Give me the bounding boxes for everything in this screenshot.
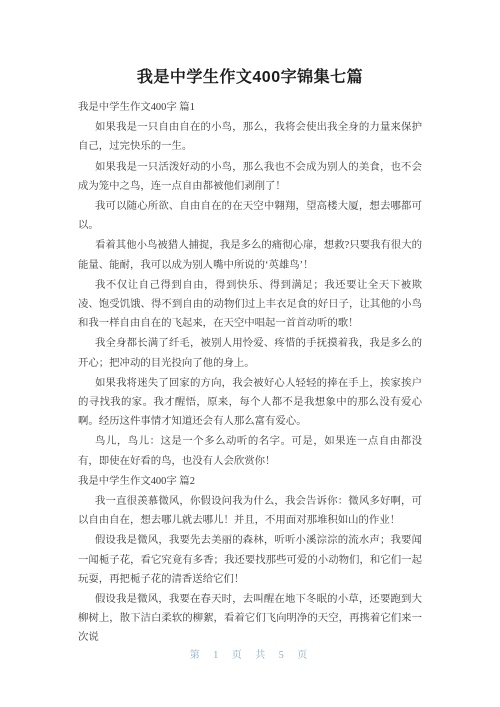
paragraph: 如果我是一只活泼好动的小鸟，那么我也不会成为别人的美食，也不会成为笼中之鸟，连一…: [78, 158, 422, 196]
paragraph: 如果我将迷失了回家的方向，我会被好心人轻轻的捧在手上，挨家挨户的寻找我的家。我才…: [78, 374, 422, 432]
paragraph: 我不仅让自己得到自由，得到快乐、得到满足；我还要让全天下被欺凌、饱受饥饿、得不到…: [78, 276, 422, 334]
paragraph: 鸟儿，鸟儿：这是一个多么动听的名字。可是，如果连一点自由都没有，即使在好看的鸟，…: [78, 432, 422, 470]
paragraph: 看着其他小鸟被猎人捕捉，我是多么的痛彻心扉，想救?只要我有很大的能量、能耐，我可…: [78, 236, 422, 274]
document-title: 我是中学生作文400字锦集七篇: [0, 0, 500, 88]
paragraph: 假设我是微风，我要在春天时，去叫醒在地下冬眠的小草，还要跑到大柳树上，散下洁白柔…: [78, 590, 422, 648]
section-heading: 我是中学生作文400字 篇2: [78, 472, 422, 491]
paragraph: 我可以随心所欲、自由自在的在天空中翱翔，望高楼大厦，想去哪都可以。: [78, 197, 422, 235]
paragraph: 如果我是一只自由自在的小鸟，那么，我将会使出我全身的力量来保护自己，过完快乐的一…: [78, 118, 422, 156]
section-heading: 我是中学生作文400字 篇1: [78, 98, 422, 117]
document-page: 我是中学生作文400字锦集七篇 我是中学生作文400字 篇1如果我是一只自由自在…: [0, 0, 500, 707]
paragraph: 假设我是微风，我要先去美丽的森林，听听小溪淙淙的流水声；我要闻一闻栀子花，看它究…: [78, 531, 422, 589]
page-footer: 第 1 页 共 5 页: [0, 646, 500, 661]
document-body: 我是中学生作文400字 篇1如果我是一只自由自在的小鸟，那么，我将会使出我全身的…: [78, 98, 422, 648]
paragraph: 我全身都长满了纤毛，被别人用怜爱、疼惜的手抚摸着我，我是多么的开心；把冲动的目光…: [78, 334, 422, 372]
paragraph: 我一直很羡慕微风，你假设问我为什么，我会告诉你：微风多好啊，可以自由自在，想去哪…: [78, 492, 422, 530]
